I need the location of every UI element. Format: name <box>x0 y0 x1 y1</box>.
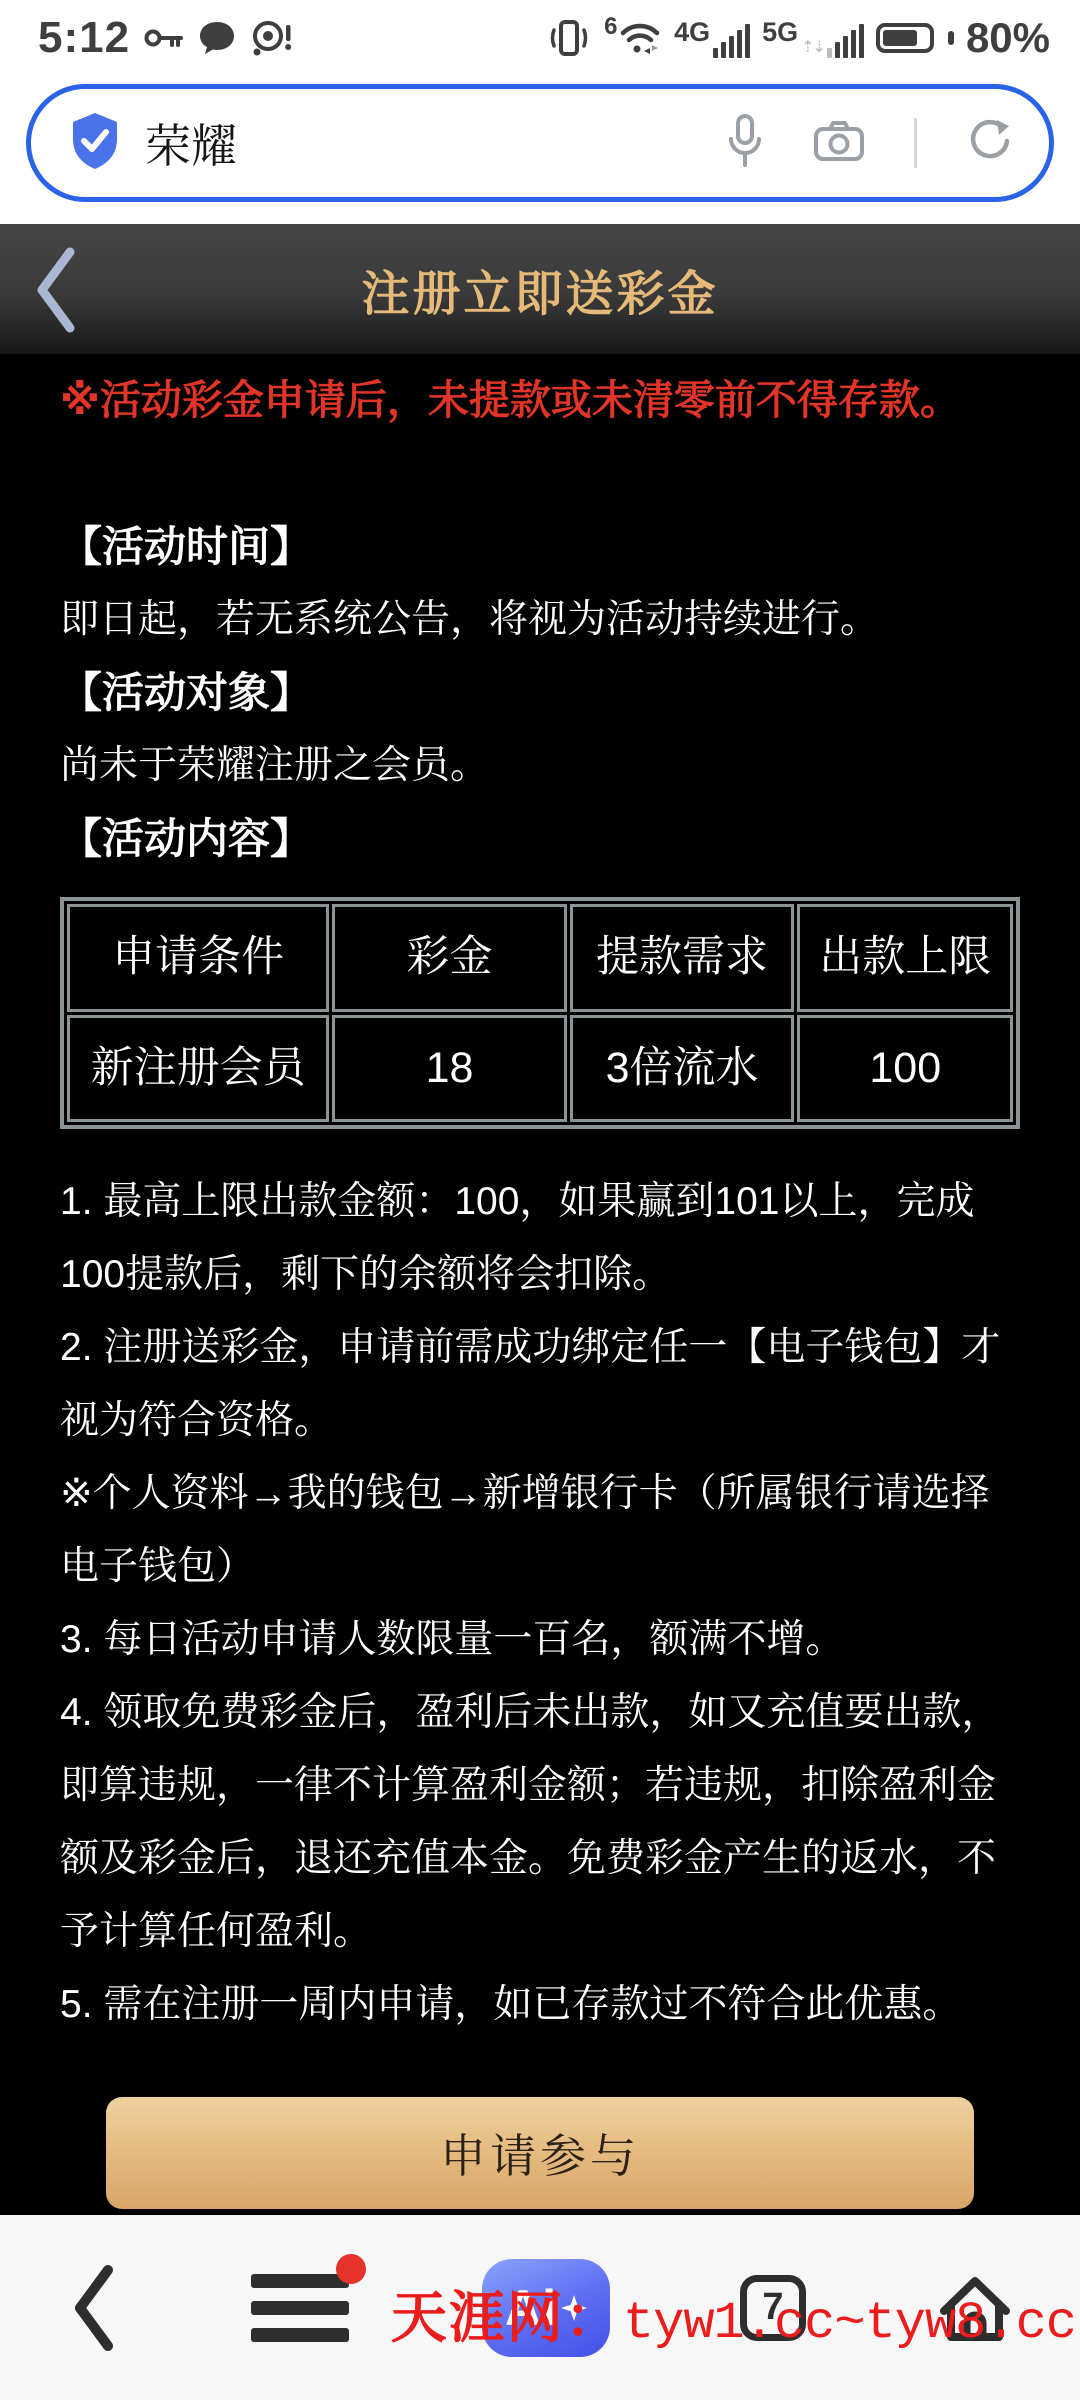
warning-text: ※活动彩金申请后，未提款或未清零前不得存款。 <box>60 364 1020 437</box>
menu-bar <box>251 2328 349 2342</box>
menu-bar <box>251 2301 349 2315</box>
browser-toolbar: 荣耀 <box>0 70 1080 224</box>
rule-item: 5. 需在注册一周内申请，如已存款过不符合此优惠。 <box>60 1968 1020 2041</box>
ai-assistant-button[interactable]: Ai <box>482 2259 610 2357</box>
nav-tabs-button[interactable]: 7 <box>740 2275 806 2341</box>
promo-content: ※活动彩金申请后，未提款或未清零前不得存款。 【活动时间】 即日起，若无系统公告… <box>0 354 1080 2209</box>
shield-check-badge <box>67 111 123 176</box>
phone-screen: 5:12 6 4G 5G <box>0 0 1080 2400</box>
back-button[interactable] <box>26 244 86 336</box>
divider <box>914 118 917 168</box>
page-title: 注册立即送彩金 <box>361 255 718 324</box>
microphone-icon[interactable] <box>726 113 764 174</box>
rule-item: 2. 注册送彩金，申请前需成功绑定任一【电子钱包】才视为符合资格。 <box>60 1311 1020 1457</box>
nav-menu-button[interactable] <box>248 2270 352 2346</box>
rule-item: 3. 每日活动申请人数限量一百名，额满不增。 <box>60 1603 1020 1676</box>
refresh-icon[interactable] <box>967 118 1013 169</box>
chat-bubble-icon <box>198 20 236 56</box>
clock: 5:12 <box>38 13 130 63</box>
table-cell: 3倍流水 <box>570 1015 795 1123</box>
address-search-bar[interactable]: 荣耀 <box>26 84 1054 202</box>
table-header-cell: 提款需求 <box>570 904 795 1012</box>
ai-label: Ai <box>505 2279 557 2337</box>
nav-back-button[interactable] <box>66 2262 118 2354</box>
battery-icon <box>876 23 934 53</box>
wifi-icon: 6 <box>604 19 662 57</box>
wifi-6-label: 6 <box>604 13 617 41</box>
table-header-cell: 彩金 <box>332 904 566 1012</box>
apply-button[interactable]: 申请参与 <box>106 2097 974 2209</box>
page-header: 注册立即送彩金 <box>0 224 1080 354</box>
section-heading-time: 【活动时间】 <box>60 510 1020 583</box>
camera-icon[interactable] <box>814 120 864 167</box>
table-cell: 新注册会员 <box>67 1015 329 1123</box>
nav-home-button[interactable] <box>936 2269 1014 2347</box>
signal-5g-icon: 5G ⇡⇣ <box>762 19 864 58</box>
section-body-time: 即日起，若无系统公告，将视为活动持续进行。 <box>60 583 1020 656</box>
section-body-target: 尚未于荣耀注册之会员。 <box>60 729 1020 802</box>
notification-dot <box>336 2254 366 2284</box>
table-cell: 100 <box>797 1015 1013 1123</box>
vibrate-icon <box>546 18 592 58</box>
sparkle-icon <box>561 2295 587 2321</box>
rule-item: 4. 领取免费彩金后，盈利后未出款，如又充值要出款，即算违规，一律不计算盈利金额… <box>60 1676 1020 1968</box>
table-row: 新注册会员 18 3倍流水 100 <box>67 1015 1013 1123</box>
key-icon <box>144 22 184 54</box>
section-heading-target: 【活动对象】 <box>60 656 1020 729</box>
table-header-cell: 出款上限 <box>797 904 1013 1012</box>
rule-item: ※个人资料→我的钱包→新增银行卡（所属银行请选择电子钱包） <box>60 1457 1020 1603</box>
table-header-row: 申请条件 彩金 提款需求 出款上限 <box>67 904 1013 1012</box>
battery-percent: 80% <box>966 14 1050 62</box>
rule-item: 1. 最高上限出款金额：100，如果赢到101以上，完成100提款后，剩下的余额… <box>60 1165 1020 1311</box>
status-bar: 5:12 6 4G 5G <box>0 0 1080 70</box>
signal-4g-icon: 4G <box>674 19 750 58</box>
battery-nub <box>948 31 954 45</box>
menu-bar <box>251 2274 349 2288</box>
table-header-cell: 申请条件 <box>67 904 329 1012</box>
search-input[interactable]: 荣耀 <box>145 110 726 176</box>
browser-bottom-nav: Ai 7 <box>0 2215 1080 2400</box>
table-cell: 18 <box>332 1015 566 1123</box>
screen-record-icon <box>250 19 294 57</box>
promo-table: 申请条件 彩金 提款需求 出款上限 新注册会员 18 3倍流水 100 <box>60 897 1020 1129</box>
tab-count: 7 <box>762 2286 783 2329</box>
section-heading-detail: 【活动内容】 <box>60 802 1020 875</box>
